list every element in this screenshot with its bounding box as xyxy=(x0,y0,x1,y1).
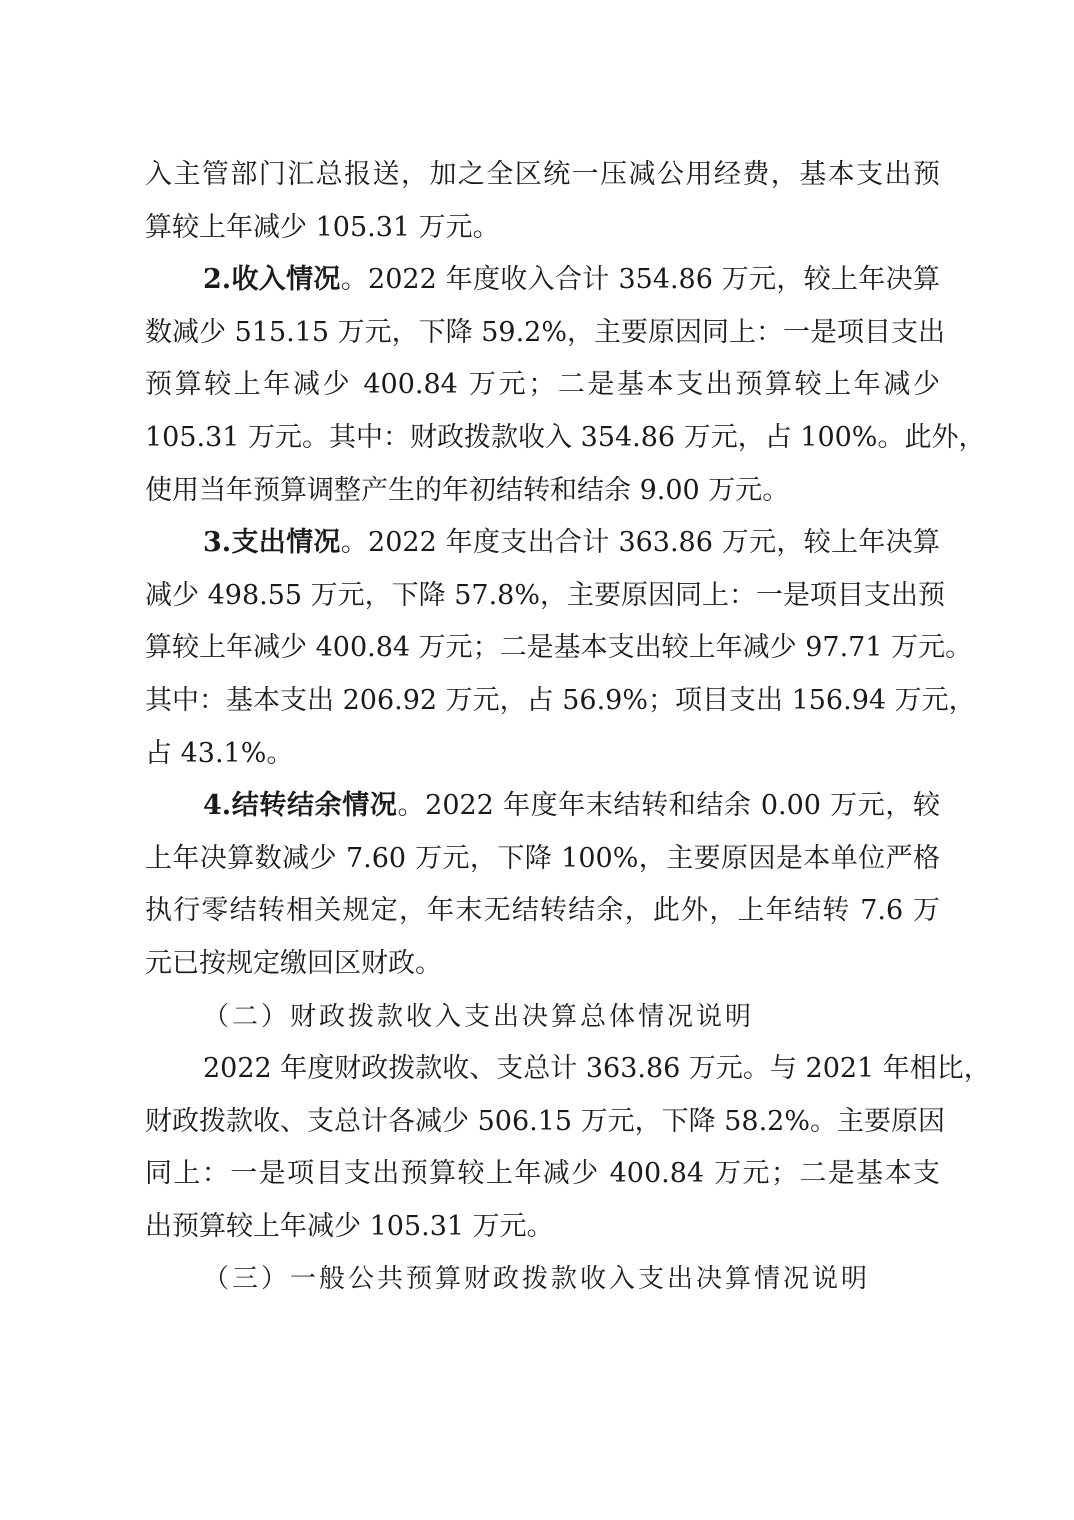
text-line: 2.收入情况。2022 年度收入合计 354.86 万元，较上年决算 xyxy=(145,260,940,313)
text-line: 其中：基本支出 206.92 万元，占 56.9%；项目支出 156.94 万元… xyxy=(145,681,940,734)
paragraph-income: 2.收入情况。2022 年度收入合计 354.86 万元，较上年决算 数减少 5… xyxy=(145,260,940,523)
text-line: 预算较上年减少 400.84 万元；二是基本支出预算较上年减少 xyxy=(145,365,940,418)
document-page: 入主管部门汇总报送，加之全区统一压减公用经费，基本支出预 算较上年减少 105.… xyxy=(0,0,1074,1520)
paragraph-carryover: 4.结转结余情况。2022 年度年末结转和结余 0.00 万元，较 上年决算数减… xyxy=(145,786,940,996)
text-line: 执行零结转相关规定，年末无结转结余，此外，上年结转 7.6 万 xyxy=(145,891,940,944)
section-lead-expenditure: 3.支出情况 xyxy=(203,527,341,558)
paragraph-expenditure: 3.支出情况。2022 年度支出合计 363.86 万元，较上年决算 减少 49… xyxy=(145,523,940,786)
text-line: 同上：一是项目支出预算较上年减少 400.84 万元；二是基本支 xyxy=(145,1154,940,1207)
text-line: 3.支出情况。2022 年度支出合计 363.86 万元，较上年决算 xyxy=(145,523,940,576)
section-lead-income: 2.收入情况 xyxy=(203,264,341,295)
text-line: 上年决算数减少 7.60 万元，下降 100%，主要原因是本单位严格 xyxy=(145,839,940,892)
text-line: 元已按规定缴回区财政。 xyxy=(145,944,940,997)
paragraph-fiscal-total: 2022 年度财政拨款收、支总计 363.86 万元。与 2021 年相比， 财… xyxy=(145,1049,940,1259)
text-line: 算较上年减少 400.84 万元；二是基本支出较上年减少 97.71 万元。 xyxy=(145,628,940,681)
text-line: 减少 498.55 万元，下降 57.8%，主要原因同上：一是项目支出预 xyxy=(145,576,940,629)
text-line: 入主管部门汇总报送，加之全区统一压减公用经费，基本支出预 xyxy=(145,155,940,208)
text-run: 。2022 年度年末结转和结余 0.00 万元，较 xyxy=(398,790,940,821)
text-line: 出预算较上年减少 105.31 万元。 xyxy=(145,1207,940,1260)
text-line: 2022 年度财政拨款收、支总计 363.86 万元。与 2021 年相比， xyxy=(145,1049,940,1102)
text-run: 。2022 年度收入合计 354.86 万元，较上年决算 xyxy=(341,264,940,295)
text-line: 算较上年减少 105.31 万元。 xyxy=(145,208,940,261)
text-run: 。2022 年度支出合计 363.86 万元，较上年决算 xyxy=(341,527,940,558)
text-line: 占 43.1%。 xyxy=(145,734,940,787)
section-heading-2: （二）财政拨款收入支出决算总体情况说明 xyxy=(145,997,940,1050)
section-lead-carryover: 4.结转结余情况 xyxy=(203,790,398,821)
document-body: 入主管部门汇总报送，加之全区统一压减公用经费，基本支出预 算较上年减少 105.… xyxy=(145,155,940,1312)
text-line: 财政拨款收、支总计各减少 506.15 万元，下降 58.2%。主要原因 xyxy=(145,1102,940,1155)
text-line: 使用当年预算调整产生的年初结转和结余 9.00 万元。 xyxy=(145,471,940,524)
text-line: 105.31 万元。其中：财政拨款收入 354.86 万元，占 100%。此外， xyxy=(145,418,940,471)
section-heading-3: （三）一般公共预算财政拨款收入支出决算情况说明 xyxy=(145,1259,940,1312)
text-line: 数减少 515.15 万元，下降 59.2%，主要原因同上：一是项目支出 xyxy=(145,313,940,366)
text-line: 4.结转结余情况。2022 年度年末结转和结余 0.00 万元，较 xyxy=(145,786,940,839)
paragraph-continuation: 入主管部门汇总报送，加之全区统一压减公用经费，基本支出预 算较上年减少 105.… xyxy=(145,155,940,260)
